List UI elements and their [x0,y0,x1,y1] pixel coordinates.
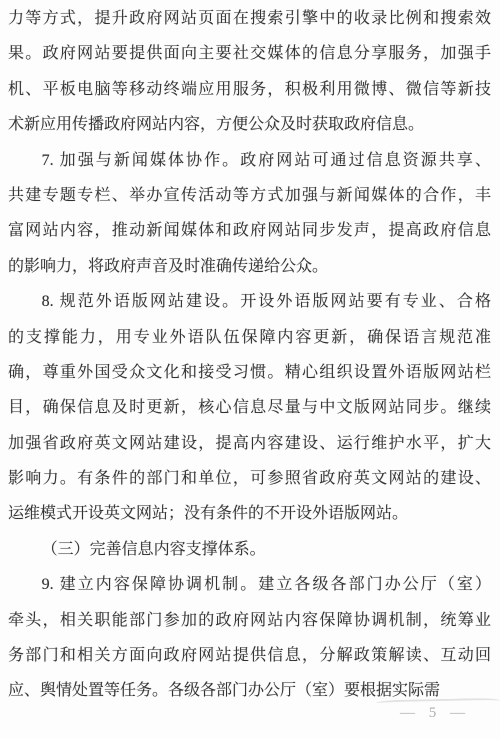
text-line-17: 9. 建立内容保障协调机制。建立各级各部门办公厅（室） [8,567,491,602]
text-line-9: 8. 规范外语版网站建设。开设外语版网站要有专业、合格 [8,284,491,319]
text-line-19: 务部门和相关方面向政府网站提供信息，分解政策解读、互动回 [8,638,491,673]
text-line-16: （三）完善信息内容支撑体系。 [8,532,491,567]
text-line-4: 术新应用传播政府网站内容，方便公众及时获取政府信息。 [8,107,491,142]
text-line-14: 影响力。有条件的部门和单位，可参照省政府英文网站的建设、 [8,461,491,496]
text-line-7: 富网站内容，推动新闻媒体和政府网站同步发声，提高政府信息 [8,213,491,248]
text-line-10: 的支撑能力，用专业外语队伍保障内容更新，确保语言规范准 [8,320,491,355]
text-line-2: 果。政府网站要提供面向主要社交媒体的信息分享服务，加强手 [8,36,491,71]
page-footer: — 5 — [400,702,470,724]
text-line-6: 共建专题专栏、举办宣传活动等方式加强与新闻媒体的合作，丰 [8,178,491,213]
text-line-12: 目，确保信息及时更新，核心信息尽量与中文版网站同步。继续 [8,390,491,425]
text-line-15: 运维模式开设英文网站；没有条件的不开设外语版网站。 [8,496,491,531]
text-line-3: 机、平板电脑等移动终端应用服务，积极利用微博、微信等新技 [8,72,491,107]
text-line-5: 7. 加强与新闻媒体协作。政府网站可通过信息资源共享、 [8,143,491,178]
document-page: 力等方式，提升政府网站页面在搜索引擎中的收录比例和搜索效 果。政府网站要提供面向… [0,0,500,709]
text-line-13: 加强省政府英文网站建设，提高内容建设、运行维护水平，扩大 [8,426,491,461]
text-line-11: 确，尊重外国受众文化和接受习惯。精心组织设置外语版网站栏 [8,355,491,390]
page-number: — 5 — [400,705,470,721]
text-line-1: 力等方式，提升政府网站页面在搜索引擎中的收录比例和搜索效 [8,1,491,36]
text-line-18: 牵头，相关职能部门参加的政府网站内容保障协调机制，统筹业 [8,603,491,638]
text-line-8: 的影响力，将政府声音及时准确传递给公众。 [8,249,491,284]
document-body: 力等方式，提升政府网站页面在搜索引擎中的收录比例和搜索效 果。政府网站要提供面向… [0,0,500,709]
